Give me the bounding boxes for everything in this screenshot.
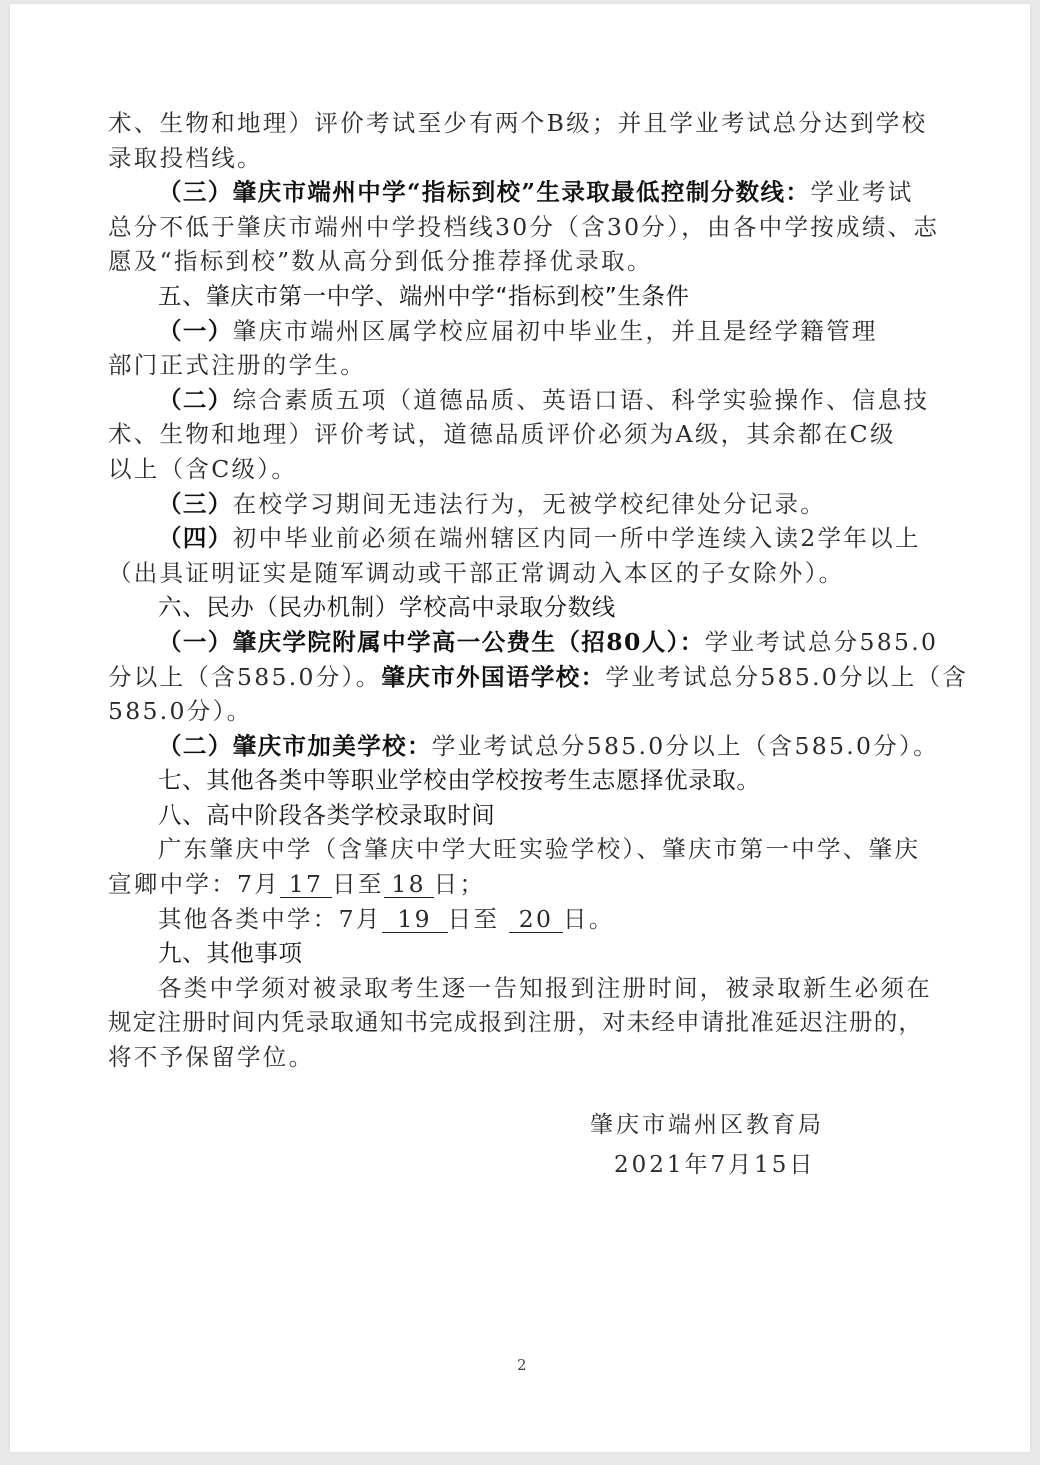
item-label: （一） [158, 317, 233, 345]
issuer-signature: 肇庆市端州区教育局 [590, 1108, 824, 1142]
item-label: （二） [158, 386, 233, 414]
body-text: 日。 [563, 905, 615, 933]
date-blank: 17 [280, 871, 332, 898]
body-line: 愿及“指标到校”数从高分到低分推荐择优录取。 [108, 244, 938, 279]
body-line: 术、生物和地理）评价考试至少有两个B级；并且学业考试总分达到学校 [108, 106, 938, 141]
admission-date-line: 其他各类中学：7月19日至 20日。 [108, 902, 938, 937]
body-line: 部门正式注册的学生。 [108, 348, 938, 383]
body-line: 总分不低于肇庆市端州中学投档线30分（含30分），由各中学按成绩、志 [108, 210, 938, 245]
body-line: 以上（含C级）。 [108, 452, 938, 487]
date-blank: 20 [509, 906, 563, 933]
body-text: 分以上（含585.0分）。 [108, 663, 381, 691]
body-line: 各类中学须对被录取考生逐一告知报到注册时间，被录取新生必须在 [108, 971, 938, 1006]
body-text: 其他各类中学：7月 [158, 905, 382, 933]
admission-date-line: 宣卿中学：7月17日至18日； [108, 867, 938, 902]
list-item: （三）在校学习期间无违法行为，无被学校纪律处分记录。 [108, 487, 938, 522]
body-text: 学业考试 [810, 178, 913, 206]
body-text: 学业考试总分585.0 [705, 628, 939, 656]
body-text: 肇庆市端州区属学校应届初中毕业生，并且是经学籍管理 [233, 317, 878, 345]
section-heading-7: 七、其他各类中等职业学校由学校按考生志愿择优录取。 [108, 763, 938, 798]
item-label: （四） [158, 524, 233, 552]
body-text: 在校学习期间无违法行为，无被学校纪律处分记录。 [233, 490, 826, 518]
document-body: 术、生物和地理）评价考试至少有两个B级；并且学业考试总分达到学校 录取投档线。 … [108, 106, 938, 1075]
body-line: 录取投档线。 [108, 141, 938, 176]
body-line: 术、生物和地理）评价考试，道德品质评价必须为A级，其余都在C级 [108, 417, 938, 452]
document-page: 术、生物和地理）评价考试至少有两个B级；并且学业考试总分达到学校 录取投档线。 … [10, 4, 1030, 1452]
section-heading-9: 九、其他事项 [108, 936, 938, 971]
body-text: 初中毕业前必须在端州辖区内同一所中学连续入读2学年以上 [233, 524, 921, 552]
body-text: 日至 [332, 870, 384, 898]
body-text: 学业考试总分585.0分以上（含585.0分）。 [432, 732, 939, 760]
body-text: 日至 [448, 905, 500, 933]
date-blank: 19 [382, 906, 448, 933]
section-heading-6: 六、民办（民办机制）学校高中录取分数线 [108, 590, 938, 625]
bold-subheading: 肇庆市外国语学校： [381, 663, 605, 691]
body-line: 585.0分）。 [108, 694, 938, 729]
body-line: 规定注册时间内凭录取通知书完成报到注册，对未经申请批准延迟注册的， [108, 1005, 938, 1040]
body-line: 广东肇庆中学（含肇庆中学大旺实验学校）、肇庆市第一中学、肇庆 [108, 832, 938, 867]
item-label: （三） [158, 490, 233, 518]
list-item: （四）初中毕业前必须在端州辖区内同一所中学连续入读2学年以上 [108, 521, 938, 556]
list-item: （一）肇庆学院附属中学高一公费生（招80人）：学业考试总分585.0 [108, 625, 938, 660]
body-line: （出具证明证实是随军调动或干部正常调动入本区的子女除外）。 [108, 556, 938, 591]
list-item: （二）肇庆市加美学校：学业考试总分585.0分以上（含585.0分）。 [108, 729, 938, 764]
bold-subheading: （三）肇庆市端州中学“指标到校”生录取最低控制分数线： [158, 178, 810, 206]
body-text: 日； [434, 870, 486, 898]
body-line: 将不予保留学位。 [108, 1040, 938, 1075]
body-line: 分以上（含585.0分）。肇庆市外国语学校：学业考试总分585.0分以上（含 [108, 660, 938, 695]
section-heading-5: 五、肇庆市第一中学、端州中学“指标到校”生条件 [108, 279, 938, 314]
date-blank: 18 [384, 871, 434, 898]
body-text: 宣卿中学：7月 [108, 870, 280, 898]
page-number: 2 [517, 1356, 527, 1374]
list-item: （一）肇庆市端州区属学校应届初中毕业生，并且是经学籍管理 [108, 314, 938, 349]
bold-subheading: （二）肇庆市加美学校： [158, 732, 432, 760]
body-text: 综合素质五项（道德品质、英语口语、科学实验操作、信息技 [233, 386, 930, 414]
section-heading-8: 八、高中阶段各类学校录取时间 [108, 798, 938, 833]
bold-subheading: （一）肇庆学院附属中学高一公费生（招80人）： [158, 628, 705, 656]
body-text: 学业考试总分585.0分以上（含 [606, 663, 969, 691]
subsection-three-endpoint: （三）肇庆市端州中学“指标到校”生录取最低控制分数线：学业考试 [108, 175, 938, 210]
issue-date: 2021年7月15日 [614, 1148, 815, 1182]
list-item: （二）综合素质五项（道德品质、英语口语、科学实验操作、信息技 [108, 383, 938, 418]
